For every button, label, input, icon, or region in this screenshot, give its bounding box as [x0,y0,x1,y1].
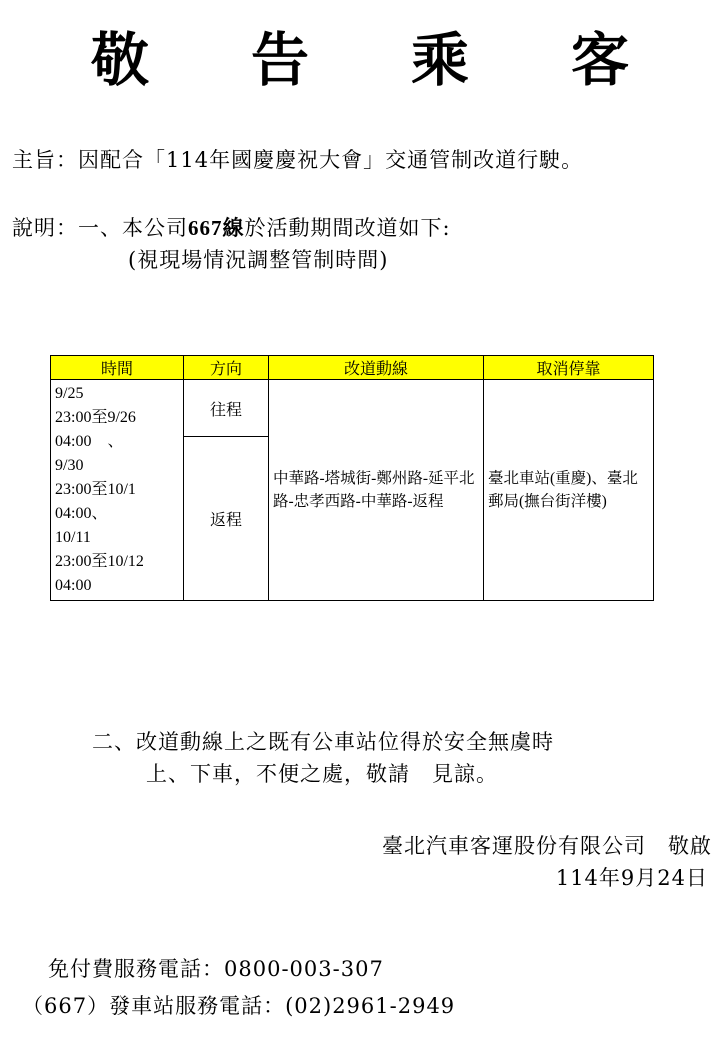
time-line: 23:00至9/26 [55,406,179,430]
table-header-row: 時間 方向 改道動線 取消停靠 [51,356,654,380]
subject-line: 主旨：因配合「114年國慶慶祝大會」交通管制改道行駛。 [12,144,583,174]
item1-prefix: 一、本公司 [78,216,188,240]
explanation-item1: 說明：一、本公司667線於活動期間改道如下: [12,212,451,242]
toll-free-phone: 免付費服務電話：0800-003-307 [48,953,384,983]
title-char: 乘 [360,20,520,100]
header-cancelled-stops: 取消停靠 [484,356,654,380]
explanation-item2-line2: 上、下車，不便之處，敬請 見諒。 [146,758,498,788]
header-time: 時間 [51,356,184,380]
notice-date: 114年9月24日 [556,862,708,892]
time-line: 04:00、 [55,502,179,526]
notice-title: 敬 告 乘 客 [0,20,720,100]
detour-route-cell: 中華路-塔城街-鄭州路-延平北路-忠孝西路-中華路-返程 [269,380,484,601]
time-line: 23:00至10/12 [55,550,179,574]
direction-return: 返程 [184,437,269,601]
time-line: 23:00至10/1 [55,478,179,502]
item1-suffix: 於活動期間改道如下: [245,216,451,240]
route-number: 667線 [188,216,245,240]
header-detour-route: 改道動線 [269,356,484,380]
time-line: 9/25 [55,382,179,406]
time-line: 04:00 、 [55,430,179,454]
cancelled-stops-cell: 臺北車站(重慶)、臺北郵局(撫台街洋樓) [484,380,654,601]
header-direction: 方向 [184,356,269,380]
explanation-label: 說明： [12,216,78,240]
time-line: 04:00 [55,574,179,598]
subject-text: 因配合「114年國慶慶祝大會」交通管制改道行駛。 [78,148,583,172]
item1-note: (視現場情況調整管制時間) [128,244,388,274]
table-row: 9/25 23:00至9/26 04:00 、 9/30 23:00至10/1 … [51,380,654,437]
company-signature: 臺北汽車客運股份有限公司 敬啟 [382,830,712,860]
direction-outbound: 往程 [184,380,269,437]
title-char: 敬 [40,20,200,100]
time-line: 9/30 [55,454,179,478]
time-line: 10/11 [55,526,179,550]
detour-table: 時間 方向 改道動線 取消停靠 9/25 23:00至9/26 04:00 、 … [50,355,654,601]
explanation-item2-line1: 二、改道動線上之既有公車站位得於安全無虞時 [92,726,554,756]
title-char: 告 [200,20,360,100]
title-char: 客 [520,20,680,100]
time-cell: 9/25 23:00至9/26 04:00 、 9/30 23:00至10/1 … [51,380,184,601]
depot-phone: （667）發車站服務電話：(02)2961-2949 [22,990,455,1020]
subject-label: 主旨： [12,148,78,172]
